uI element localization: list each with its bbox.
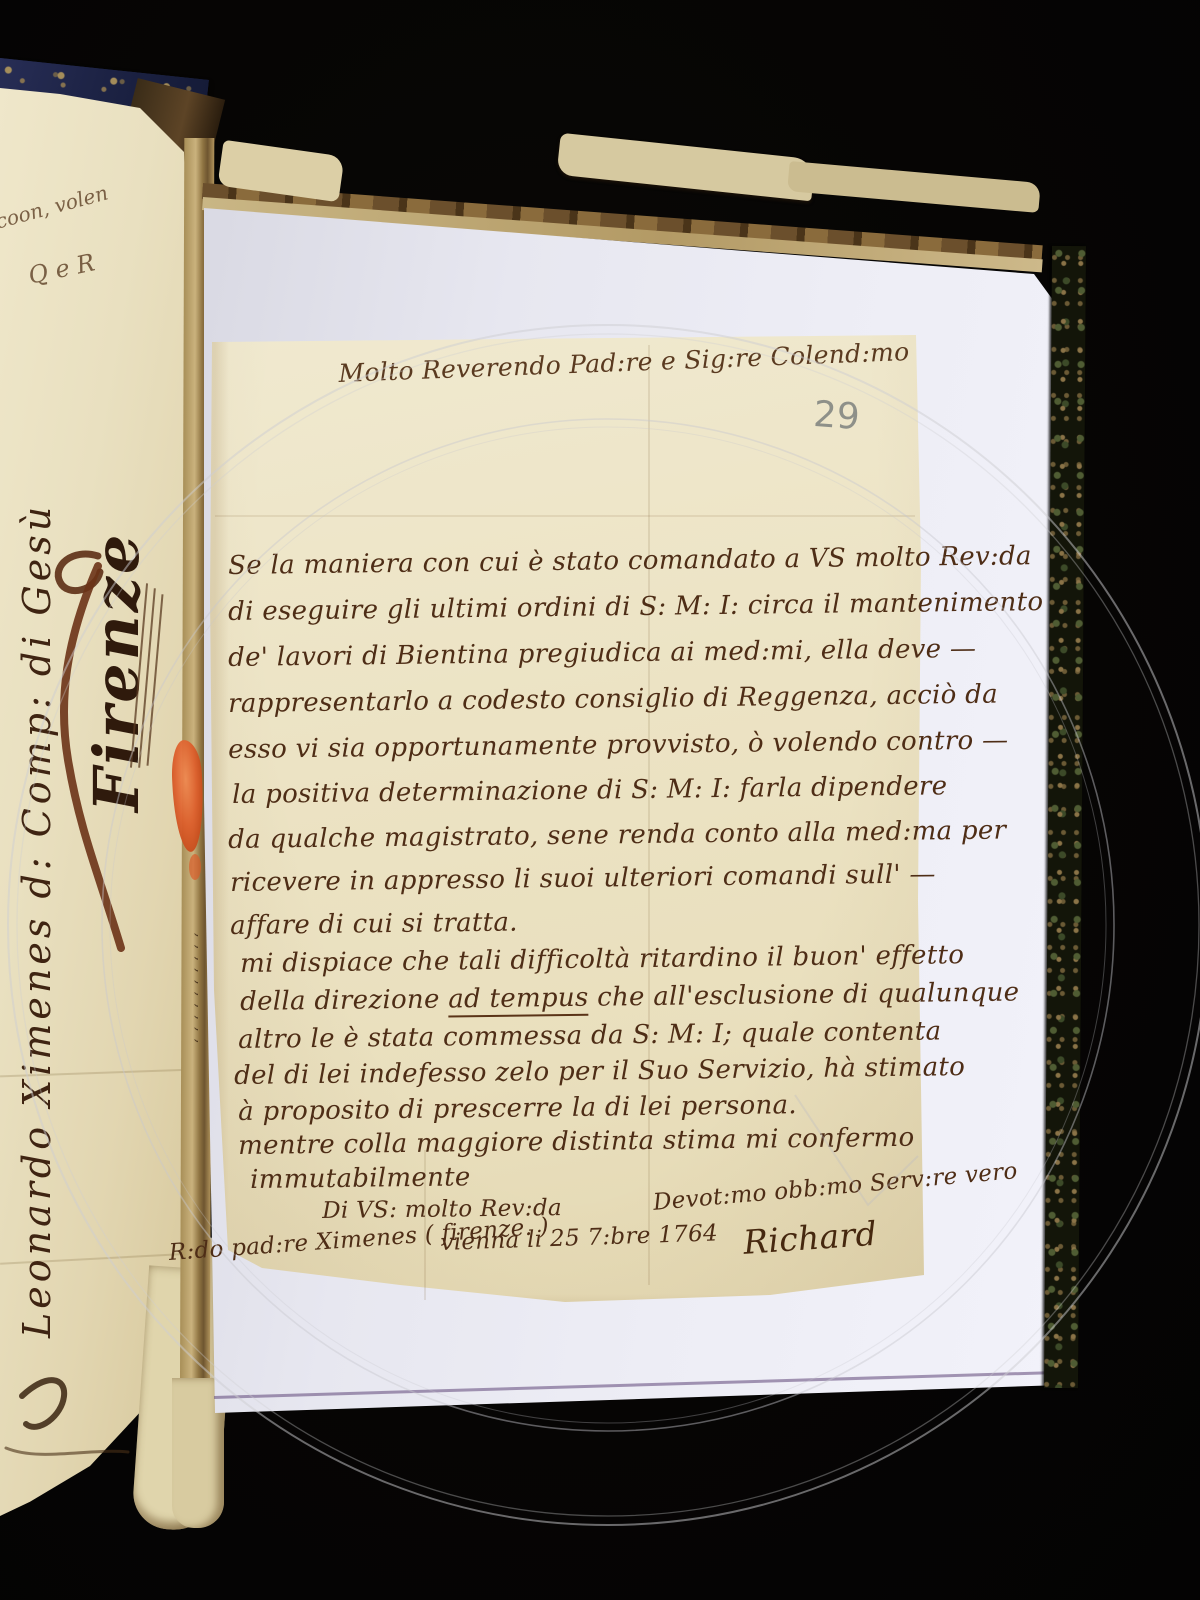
marbled-cover-edge <box>1044 246 1086 1388</box>
letter-horizontal-crease <box>215 515 915 517</box>
gutter-ink-marks: ʼʼʼʼʼʼʼʼʼʼ <box>184 932 199 1050</box>
photographed-manuscript-page: Molto Reverendo Pad:re e Sig:re Colend:m… <box>0 0 1200 1600</box>
underlined-phrase: ad tempus <box>448 983 589 1018</box>
pencil-folio-number: 29 <box>812 394 861 439</box>
torn-paper-edge <box>557 133 816 202</box>
letter-body-line: immutabilmente <box>250 1163 471 1196</box>
letter-body-line: affare di cui si tratta. <box>230 908 518 941</box>
wax-seal-spot <box>189 854 201 880</box>
body-line-pre: della direzione <box>240 984 448 1017</box>
body-line-post: che all'esclusione di qualunque <box>588 977 1019 1012</box>
torn-paper-edge <box>787 161 1041 213</box>
vertical-address-line: Leonardo Ximenes d: Comp: di Gesù <box>18 503 56 1338</box>
